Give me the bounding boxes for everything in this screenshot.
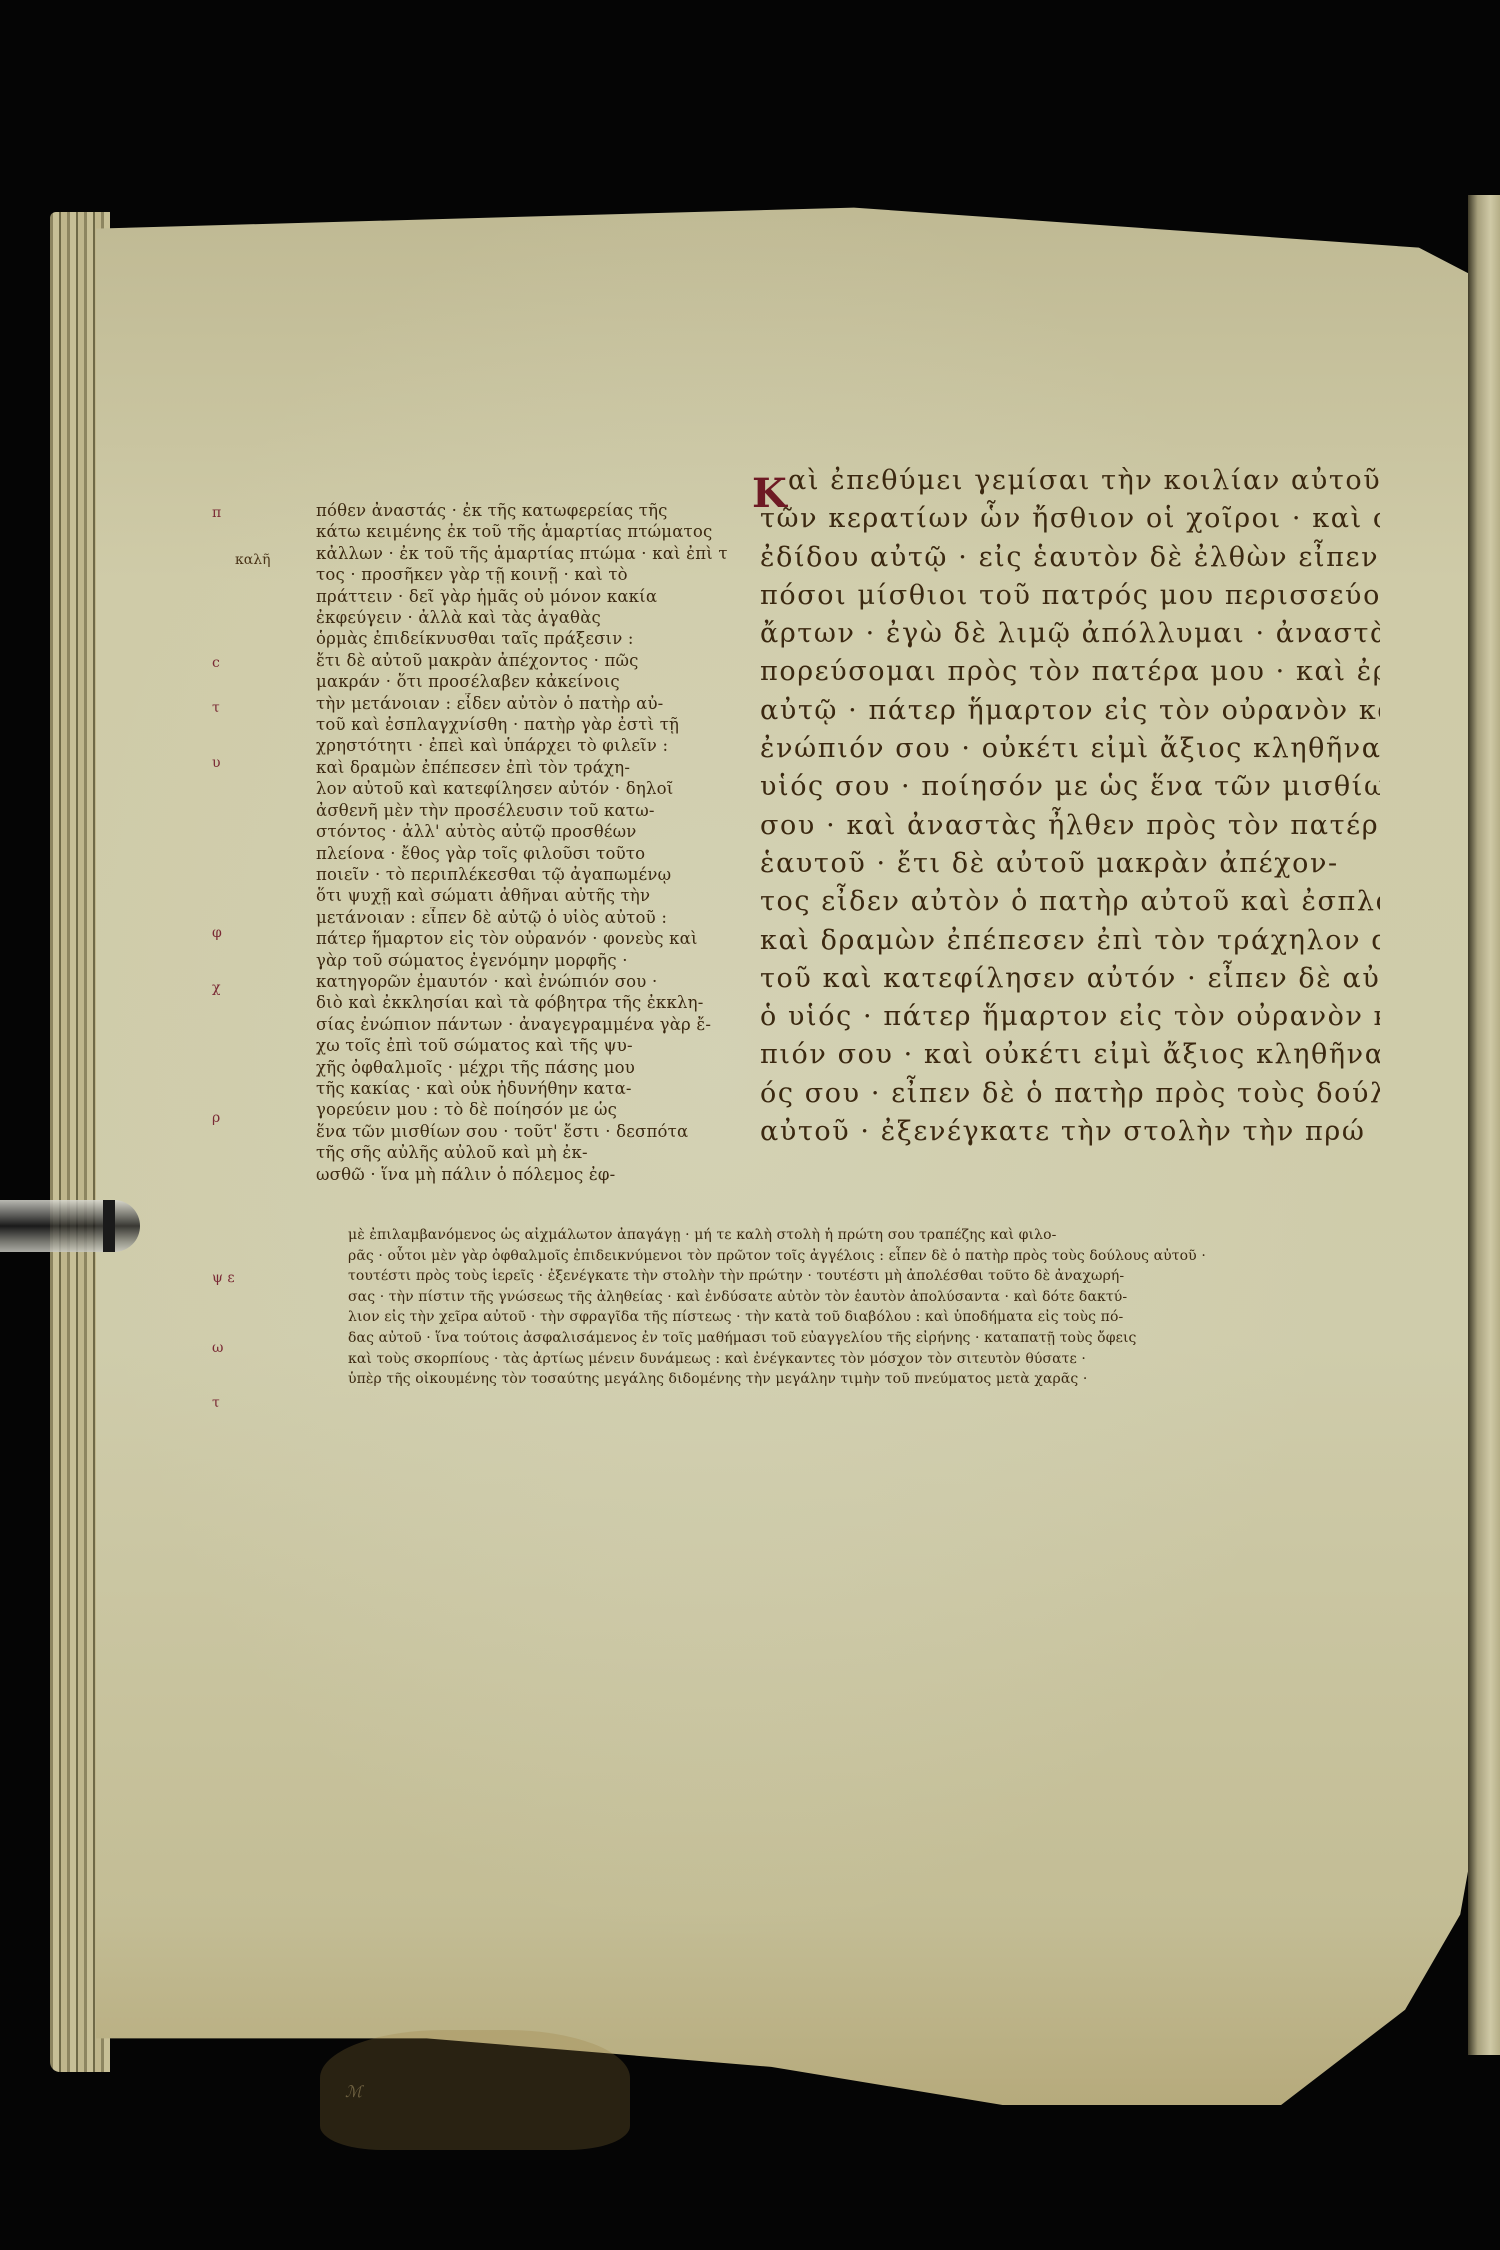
text-line: υἱός σου · ποίησόν με ὡς ἕνα τῶν μισθίων: [760, 768, 1380, 806]
text-line: μακράν · ὅτι προσέλαβεν κἀκείνοις: [316, 671, 728, 692]
text-line: πάτερ ἥμαρτον εἰς τὸν οὐρανόν · φονεὺς κ…: [316, 928, 728, 949]
margin-note: τ: [212, 1395, 220, 1411]
margin-note: υ: [212, 755, 221, 771]
text-line: κάτω κειμένης ἐκ τοῦ τῆς ἁμαρτίας πτώματ…: [316, 521, 728, 542]
text-line: ὑπὲρ τῆς οἰκουμένης τὸν τοσαύτης μεγάλης…: [348, 1369, 1378, 1390]
text-line: σου · καὶ ἀναστὰς ἦλθεν πρὸς τὸν πατέρα: [760, 807, 1380, 845]
text-line: μετάνοιαν : εἶπεν δὲ αὐτῷ ὁ υἱὸς αὐτοῦ :: [316, 907, 728, 928]
margin-note: ρ: [212, 1110, 220, 1126]
text-line: λιον εἰς τὴν χεῖρα αὐτοῦ · τὴν σφραγῖδα …: [348, 1307, 1378, 1328]
text-line: διὸ καὶ ἐκκλησίαι καὶ τὰ φόβητρα τῆς ἐκκ…: [316, 992, 728, 1013]
text-line: ἐκφεύγειν · ἀλλὰ καὶ τὰς ἀγαθὰς: [316, 607, 728, 628]
text-line: ὁρμὰς ἐπιδείκνυσθαι ταῖς πράξεσιν :: [316, 628, 728, 649]
text-line: μὲ ἐπιλαμβανόμενος ὡς αἰχμάλωτον ἀπαγάγῃ…: [348, 1225, 1378, 1246]
margin-note: ψ ε: [212, 1270, 235, 1286]
text-line: γορεύειν μου : τὸ δὲ ποίησόν με ὡς: [316, 1099, 728, 1120]
text-line: χω τοῖς ἐπὶ τοῦ σώματος καὶ τῆς ψυ-: [316, 1035, 728, 1056]
left-column-text: πόθεν ἀναστάς · ἐκ τῆς κατωφερείας τῆςκά…: [316, 500, 728, 1185]
text-line: ὁ υἱός · πάτερ ἥμαρτον εἰς τὸν οὐρανὸν κ…: [760, 998, 1380, 1036]
text-line: καὶ δραμὼν ἐπέπεσεν ἐπὶ τὸν τράχηλον αὐ-: [760, 922, 1380, 960]
commentary-block: μὲ ἐπιλαμβανόμενος ὡς αἰχμάλωτον ἀπαγάγῃ…: [348, 1225, 1378, 1390]
margin-note: ω: [212, 1340, 223, 1356]
text-line: χρηστότητι · ἐπεὶ καὶ ὑπάρχει τὸ φιλεῖν …: [316, 735, 728, 756]
text-line: πόσοι μίσθιοι τοῦ πατρός μου περισσεύουσ…: [760, 577, 1380, 615]
text-line: πορεύσομαι πρὸς τὸν πατέρα μου · καὶ ἐρῶ: [760, 653, 1380, 691]
text-line: αὶ ἐπεθύμει γεμίσαι τὴν κοιλίαν αὐτοῦ ἀπ…: [760, 462, 1380, 500]
text-line: κατηγορῶν ἐμαυτόν · καὶ ἐνώπιόν σου ·: [316, 971, 728, 992]
text-line: ωσθῶ · ἵνα μὴ πάλιν ὁ πόλεμος ἐφ-: [316, 1164, 728, 1185]
right-column-text: αὶ ἐπεθύμει γεμίσαι τὴν κοιλίαν αὐτοῦ ἀπ…: [760, 462, 1380, 1151]
margin-note: τ: [212, 700, 220, 716]
margin-note: c: [212, 655, 220, 671]
binding-gutter: [1468, 195, 1500, 2055]
text-line: σίας ἐνώπιον πάντων · ἀναγεγραμμένα γὰρ …: [316, 1014, 728, 1035]
text-line: τῆς σῆς αὐλῆς αὐλοῦ καὶ μὴ ἐκ-: [316, 1142, 728, 1163]
water-stain: [320, 2030, 630, 2150]
text-line: σας · τὴν πίστιν τῆς γνώσεως τῆς ἀληθεία…: [348, 1287, 1378, 1308]
lower-margin-mark: ℳ: [345, 2082, 362, 2101]
text-line: ἑαυτοῦ · ἔτι δὲ αὐτοῦ μακρὰν ἀπέχον-: [760, 845, 1380, 883]
text-line: πράττειν · δεῖ γὰρ ἡμᾶς οὐ μόνον κακία: [316, 586, 728, 607]
text-line: αὐτῷ · πάτερ ἥμαρτον εἰς τὸν οὐρανὸν καὶ: [760, 692, 1380, 730]
text-line: λον αὐτοῦ καὶ κατεφίλησεν αὐτόν · δηλοῖ: [316, 778, 728, 799]
text-line: πλείονα · ἔθος γὰρ τοῖς φιλοῦσι τοῦτο: [316, 843, 728, 864]
text-line: ἀσθενῆ μὲν τὴν προσέλευσιν τοῦ κατω-: [316, 800, 728, 821]
text-line: ἔτι δὲ αὐτοῦ μακρὰν ἀπέχοντος · πῶς: [316, 650, 728, 671]
text-line: τοῦ καὶ κατεφίλησεν αὐτόν · εἶπεν δὲ αὐτ…: [760, 960, 1380, 998]
margin-note: χ: [212, 980, 220, 996]
text-line: κἀλλων · ἐκ τοῦ τῆς ἁμαρτίας πτώμα · καὶ…: [316, 543, 728, 564]
text-line: ἕνα τῶν μισθίων σου · τοῦτ' ἔστι · δεσπό…: [316, 1121, 728, 1142]
text-line: τοῦ καὶ ἐσπλαγχνίσθη · πατὴρ γὰρ ἐστὶ τῇ: [316, 714, 728, 735]
text-line: χῆς ὀφθαλμοῖς · μέχρι τῆς πάσης μου: [316, 1057, 728, 1078]
clip-band: [103, 1200, 115, 1252]
text-line: ἄρτων · ἐγὼ δὲ λιμῷ ἀπόλλυμαι · ἀναστὰς: [760, 615, 1380, 653]
text-line: τουτέστι πρὸς τοὺς ἱερεῖς · ἐξενέγκατε τ…: [348, 1266, 1378, 1287]
text-line: πιόν σου · καὶ οὐκέτι εἰμὶ ἄξιος κληθῆνα…: [760, 1036, 1380, 1074]
text-line: τος εἶδεν αὐτὸν ὁ πατὴρ αὐτοῦ καὶ ἐσπλαγ…: [760, 883, 1380, 921]
text-line: δας αὐτοῦ · ἵνα τούτοις ἀσφαλισάμενος ἐν…: [348, 1328, 1378, 1349]
margin-note: φ: [212, 925, 222, 941]
text-line: πόθεν ἀναστάς · ἐκ τῆς κατωφερείας τῆς: [316, 500, 728, 521]
text-line: ός σου · εἶπεν δὲ ὁ πατὴρ πρὸς τοὺς δούλ…: [760, 1075, 1380, 1113]
text-line: στόντος · ἀλλ' αὐτὸς αὐτῷ προσθέων: [316, 821, 728, 842]
text-line: καὶ δραμὼν ἐπέπεσεν ἐπὶ τὸν τράχη-: [316, 757, 728, 778]
text-line: τῶν κερατίων ὧν ἤσθιον οἱ χοῖροι · καὶ ο…: [760, 500, 1380, 538]
text-line: ρᾶς · οὗτοι μὲν γὰρ ὀφθαλμοῖς ἐπιδεικνύμ…: [348, 1246, 1378, 1267]
text-line: καὶ τοὺς σκορπίους · τὰς ἀρτίως μένειν δ…: [348, 1349, 1378, 1370]
margin-gloss: καλῆ: [235, 552, 270, 568]
text-line: ὅτι ψυχῇ καὶ σώματι ἀθῆναι αὐτῆς τὴν: [316, 885, 728, 906]
margin-note: π: [212, 505, 221, 521]
text-line: τῆς κακίας · καὶ οὐκ ἠδυνήθην κατα-: [316, 1078, 728, 1099]
text-line: αὐτοῦ · ἐξενέγκατε τὴν στολὴν τὴν πρώ: [760, 1113, 1380, 1151]
page-holder-clip: [0, 1200, 140, 1252]
text-line: ἐδίδου αὐτῷ · εἰς ἑαυτὸν δὲ ἐλθὼν εἶπεν …: [760, 539, 1380, 577]
text-line: γὰρ τοῦ σώματος ἐγενόμην μορφῆς ·: [316, 950, 728, 971]
text-line: ποιεῖν · τὸ περιπλέκεσθαι τῷ ἀγαπωμένῳ: [316, 864, 728, 885]
text-line: τος · προσῆκεν γὰρ τῇ κοινῇ · καὶ τὸ: [316, 564, 728, 585]
text-line: ἐνώπιόν σου · οὐκέτι εἰμὶ ἄξιος κληθῆναι: [760, 730, 1380, 768]
text-line: τὴν μετάνοιαν : εἶδεν αὐτὸν ὁ πατὴρ αὐ-: [316, 693, 728, 714]
